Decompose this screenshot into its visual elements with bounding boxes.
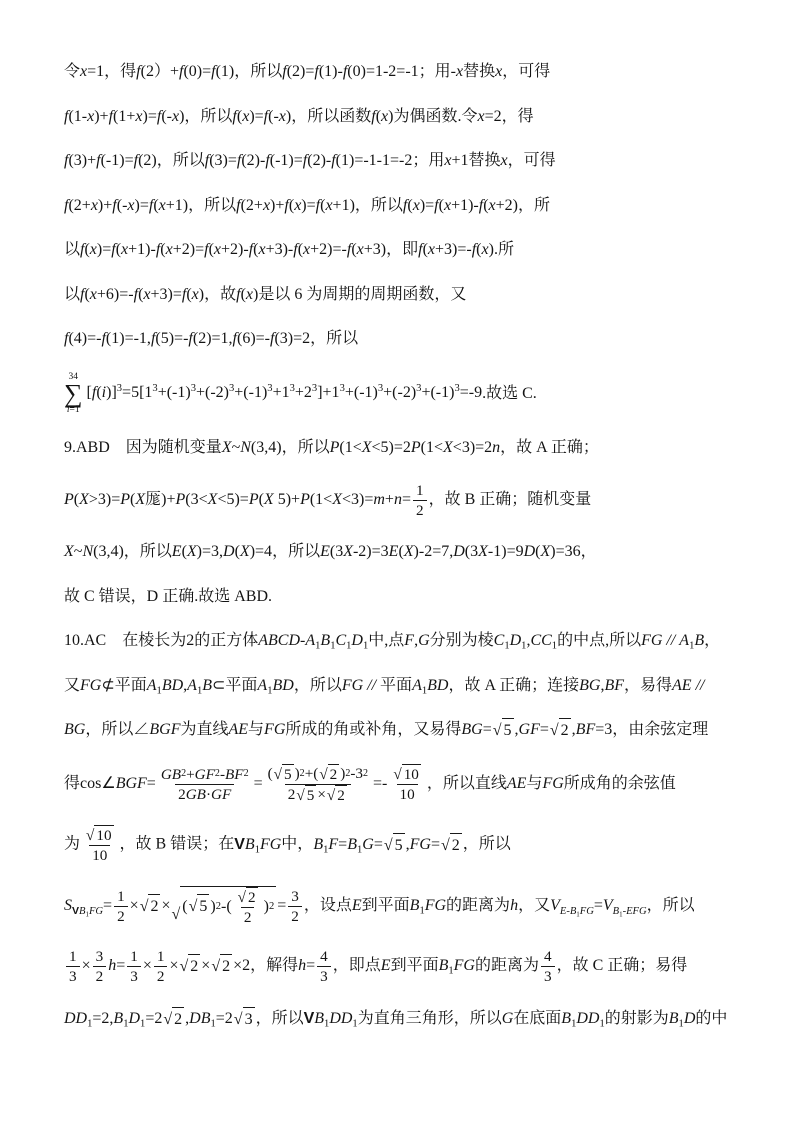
math-op: 2 <box>150 895 158 919</box>
plain-text: 为直线 <box>180 721 228 738</box>
math-expression: f(x)=f(x+1)-f(x+2) <box>403 197 518 214</box>
math-op: 2 <box>222 955 230 979</box>
math-op: ~ <box>232 439 241 456</box>
radical-sign-icon: √ <box>393 764 401 784</box>
math-op: (-1)= <box>101 152 134 169</box>
math-op: )+ <box>94 108 108 125</box>
math-var: B <box>245 836 255 853</box>
plain-text: 到平面 <box>391 957 439 974</box>
math-op: +1) <box>333 197 355 214</box>
math-expression: -x <box>451 63 463 80</box>
math-var: x <box>413 197 420 214</box>
math-var: // <box>696 677 705 694</box>
math-var: GF <box>211 785 231 804</box>
plain-text: 为偶函数.令 <box>393 108 477 125</box>
math-op: = <box>338 836 347 853</box>
math-var: E <box>320 543 330 560</box>
math-op: 5 <box>307 786 315 805</box>
math-op: (1)=-1-1=-2 <box>336 152 413 169</box>
fraction: √1010 <box>389 764 425 804</box>
math-op: 3 <box>69 967 77 986</box>
math-op: <5)= <box>217 491 248 508</box>
math-expression: f(x+3)=-f(x) <box>418 241 494 258</box>
math-op: 5 <box>199 895 207 919</box>
math-op: ⊂ <box>212 677 225 694</box>
fraction-numerator: √10 <box>389 764 425 784</box>
plain-text: ，故 A 正确； <box>500 439 599 456</box>
plain-text: ，解得 <box>250 957 298 974</box>
radical: √2 <box>180 954 201 979</box>
plain-text: ，所以 <box>85 721 133 738</box>
math-var: BD <box>162 677 183 694</box>
math-expression: ABCD-A1B1C1D1 <box>258 632 368 649</box>
math-var: P <box>249 491 259 508</box>
math-op: 4 <box>544 947 552 966</box>
math-op: + <box>385 491 394 508</box>
plain-text: ，所以 <box>124 543 172 560</box>
radicand: 2 <box>188 954 200 979</box>
text-line: 以f(x)=f(x+1)-f(x+2)=f(x+2)-f(x+3)-f(x+2)… <box>64 238 746 262</box>
math-op: -1)=9 <box>488 543 524 560</box>
fraction-numerator: (√5)2+(√2)2-32 <box>265 764 371 784</box>
math-expression: 43 <box>539 957 557 974</box>
math-op: +3)- <box>266 241 294 258</box>
subscript: VB1FG <box>72 906 103 917</box>
text-line: 13×32h=13×12×√2×√2×2，解得h=43，即点E到平面B1FG的距… <box>64 947 746 986</box>
plain-text: 是以 6 为周期的周期函数，又 <box>258 286 466 303</box>
radicand: 2 <box>148 894 160 919</box>
fraction-numerator: 1 <box>413 481 427 500</box>
radical: √2 <box>238 887 258 907</box>
math-var: FG <box>580 906 594 917</box>
math-var: B <box>347 836 357 853</box>
math-op: -2)=3 <box>353 543 389 560</box>
math-var: B <box>313 836 323 853</box>
math-var: DB <box>189 1010 210 1027</box>
fraction-denominator: 3 <box>127 966 141 986</box>
plain-text: ，所以 <box>355 197 403 214</box>
math-expression: B1F=B1G=√5,FG=√2 <box>313 836 462 853</box>
radical-sign-icon: √ <box>211 954 220 979</box>
math-var: FG <box>264 721 285 738</box>
triangle-glyph: V <box>72 905 79 917</box>
math-op: (2)- <box>307 152 331 169</box>
math-var: G <box>502 1010 514 1027</box>
triangle-glyph: V <box>304 1010 315 1027</box>
text-line: DD1=2,B1D1=2√2,DB1=2√3，所以VB1DD1为直角三角形，所以… <box>64 1007 746 1032</box>
math-op: )] <box>106 384 117 401</box>
math-var: A <box>679 632 689 649</box>
math-expression: x=2 <box>477 108 501 125</box>
math-expression: E(X)=3,D(X)=4 <box>172 543 272 560</box>
plain-text: ，故 <box>204 286 236 303</box>
math-op: (1< <box>421 439 443 456</box>
math-op: 3 <box>96 947 104 966</box>
math-op: = <box>540 721 549 738</box>
math-op: 2 <box>244 768 249 779</box>
plain-text: ，所以 <box>188 197 236 214</box>
radical-sign-icon: √ <box>163 1007 172 1032</box>
math-expression: cos∠BGF=GB2+GF2-BF22GB·GF=(√5)2+(√2)2-32… <box>80 775 427 792</box>
fraction: √22 <box>234 887 262 927</box>
math-expression: VE-B1FG=VB1-EFG <box>550 897 647 914</box>
math-op: (3< <box>185 491 207 508</box>
math-var: B <box>320 632 330 649</box>
math-op: (- <box>268 108 279 125</box>
plain-text: 中,点 <box>368 632 404 649</box>
plain-text: ，所 <box>518 197 550 214</box>
math-var: x <box>501 152 508 169</box>
radicand: 2 <box>328 764 340 784</box>
math-op: (6)=- <box>237 330 270 347</box>
math-expression: BG,BF <box>579 677 624 694</box>
radical-sign-icon: √ <box>189 894 198 919</box>
math-op: 4 <box>320 947 328 966</box>
math-op: × <box>201 957 210 974</box>
radical-sign-icon: √ <box>274 764 282 784</box>
math-op: (-1)= <box>270 152 303 169</box>
math-op: =2 <box>485 108 502 125</box>
math-var: x <box>214 241 221 258</box>
fraction: 13 <box>127 947 141 986</box>
math-var: P <box>176 491 186 508</box>
math-var: X <box>64 543 74 560</box>
subscript: E-B1FG <box>560 906 594 917</box>
math-expression: X~N(3,4) <box>64 543 124 560</box>
radical-sign-icon: √ <box>172 886 181 927</box>
radical: √5 <box>384 833 405 858</box>
radical-sign-icon: √ <box>86 825 94 845</box>
text-line: 得cos∠BGF=GB2+GF2-BF22GB·GF=(√5)2+(√2)2-3… <box>64 764 746 805</box>
math-var: P <box>64 491 74 508</box>
math-op: ∠ <box>133 721 149 738</box>
math-op: )= <box>420 197 434 214</box>
math-op: (1- <box>68 108 87 125</box>
math-expression: f(x)=f(-x) <box>232 108 291 125</box>
math-op: +3)= <box>151 286 182 303</box>
math-op: (- <box>161 108 172 125</box>
math-op: + <box>186 765 195 784</box>
text-line: 以f(x+6)=-f(x+3)=f(x)，故f(x)是以 6 为周期的周期函数，… <box>64 283 746 307</box>
math-var: X <box>540 543 550 560</box>
math-var: FG <box>542 775 563 792</box>
math-op: =1 <box>70 405 80 415</box>
fraction-denominator: 2 <box>114 906 128 926</box>
math-op: (3 <box>465 543 478 560</box>
math-var: B <box>561 1010 571 1027</box>
math-expression: f(4)=-f(1)=-1,f(5)=-f(2)=1,f(6)=-f(3)=2 <box>64 330 310 347</box>
math-op: 5)+ <box>274 491 300 508</box>
math-expression: BG=√5,GF=√2,BF=3 <box>461 721 612 738</box>
math-op: 10 <box>400 785 415 804</box>
math-var: x <box>263 197 270 214</box>
math-var: x <box>127 197 134 214</box>
math-op: 2 <box>330 765 338 784</box>
plain-text: 的距离为 <box>475 957 539 974</box>
math-op: +6)=- <box>97 286 134 303</box>
math-op: 2 <box>178 785 186 804</box>
math-op: =-9 <box>460 384 482 401</box>
math-var: // <box>666 632 675 649</box>
math-var: B <box>410 897 420 914</box>
math-op: 1 <box>69 947 77 966</box>
plain-text: 与 <box>248 721 264 738</box>
fraction-numerator: GB2+GF2-BF2 <box>158 765 252 784</box>
math-op: +(-1) <box>158 384 191 401</box>
math-op: +2) <box>496 197 518 214</box>
fraction-denominator: 2GB·GF <box>175 784 234 804</box>
text-line: P(X>3)=P(X厖)+P(3<X<5)=P(X 5)+P(1<X<3)=m+… <box>64 481 746 520</box>
math-var: x <box>444 197 451 214</box>
math-var: BD <box>427 677 448 694</box>
plain-text: ，所以 <box>272 543 320 560</box>
math-var: X <box>478 543 488 560</box>
math-op: +(-2) <box>196 384 229 401</box>
math-op: +(-1) <box>345 384 378 401</box>
math-var: n <box>492 439 500 456</box>
math-op: )+ <box>270 197 284 214</box>
plain-text: 与 <box>526 775 542 792</box>
math-op: (0)= <box>183 63 211 80</box>
math-var: P <box>300 491 310 508</box>
math-expression: f(x+6)=-f(x+3)=f(x) <box>80 286 204 303</box>
fraction: 12 <box>413 481 427 520</box>
radical: √2 <box>211 954 232 979</box>
math-op: )= <box>301 197 315 214</box>
fraction-denominator: 2 <box>154 966 168 986</box>
math-op: =2 <box>145 1010 162 1027</box>
radicand: 5 <box>393 833 405 858</box>
text-line: SVB1FG=12×√2×√(√5)2-(√22)2=32，设点E到平面B1FG… <box>64 886 746 927</box>
math-op: 2 <box>561 719 569 743</box>
math-var: AE <box>228 721 248 738</box>
math-var: G <box>418 632 430 649</box>
text-line: 10.AC 在棱长为2的正方体ABCD-A1B1C1D1中,点F,G分别为棱C1… <box>64 629 746 653</box>
math-var: x <box>246 286 253 303</box>
math-op: 2 <box>288 785 296 804</box>
text-line: 又FG⊄平面A1BD,A1B⊂平面A1BD，所以FG // 平面A1BD，故 A… <box>64 674 746 698</box>
math-expression: B1FG <box>410 897 446 914</box>
radical: √5 <box>493 718 514 743</box>
radical: √2 <box>163 1007 184 1032</box>
math-var: N <box>240 439 251 456</box>
math-op: <3)=2 <box>453 439 492 456</box>
text-line: f(4)=-f(1)=-1,f(5)=-f(2)=1,f(6)=-f(3)=2，… <box>64 327 746 351</box>
plain-text: 以 <box>64 241 80 258</box>
math-op: +1 <box>273 384 290 401</box>
fraction-denominator: 2√5×√2 <box>285 784 351 805</box>
plain-text: 平面 <box>376 677 412 694</box>
math-op: ]+1 <box>317 384 339 401</box>
math-op: (2)= <box>287 63 315 80</box>
math-var: A <box>412 677 422 694</box>
subscript: B1-EFG <box>613 906 647 917</box>
text-line: X~N(3,4)，所以E(X)=3,D(X)=4，所以E(3X-2)=3E(X)… <box>64 540 746 564</box>
math-expression: DD1=2,B1D1=2√2,DB1=2√3 <box>64 1010 256 1027</box>
math-op: ⊄ <box>101 677 114 694</box>
math-var: C <box>494 632 505 649</box>
math-var: F <box>404 632 414 649</box>
plain-text: ，所以 <box>294 677 342 694</box>
math-var: D <box>510 632 522 649</box>
plain-text: 所成角的余弦值 <box>564 775 676 792</box>
math-var: h <box>510 897 518 914</box>
math-expression: FG <box>542 775 563 792</box>
math-op: = <box>116 957 125 974</box>
math-var: B <box>314 1010 324 1027</box>
math-expression: h <box>510 897 518 914</box>
math-var: X <box>404 543 414 560</box>
fraction-numerator: 1 <box>154 947 168 966</box>
math-var: DD <box>576 1010 599 1027</box>
math-op: <3)= <box>342 491 373 508</box>
math-expression: h=43 <box>298 957 333 974</box>
math-var: x <box>135 108 142 125</box>
math-op: (1+ <box>113 108 135 125</box>
plain-text: 平面 <box>115 677 147 694</box>
plain-text: ，故 B 正确；随机变量 <box>429 491 592 508</box>
radicand: 2 <box>246 887 258 907</box>
math-var: x <box>172 108 179 125</box>
math-op: × <box>161 897 170 914</box>
math-op: 2 <box>416 501 424 520</box>
math-op: (1< <box>339 439 361 456</box>
math-op: 2 <box>244 908 252 927</box>
text-line: 令x=1，得f(2）+f(0)=f(1)，所以f(2)=f(1)-f(0)=1-… <box>64 60 746 84</box>
summation: 34∑i=1 <box>64 372 83 416</box>
radicand: 5 <box>197 894 209 919</box>
fraction: (√5)2+(√2)2-322√5×√2 <box>265 764 371 805</box>
math-expression: AE // <box>672 677 704 694</box>
math-expression: x+1 <box>444 152 468 169</box>
math-expression: 13×32h=13×12×√2×√2×2 <box>64 957 250 974</box>
plain-text: ，所以 <box>234 63 282 80</box>
math-expression: x=1 <box>80 63 104 80</box>
math-var: P <box>330 439 340 456</box>
fraction-numerator: 4 <box>317 947 331 966</box>
math-var: x <box>143 286 150 303</box>
math-op: (1) <box>216 63 235 80</box>
math-op: (1)=-1, <box>106 330 151 347</box>
plain-text: ，所以 <box>310 330 358 347</box>
radical: √2 <box>140 894 161 919</box>
math-op: 2 <box>337 786 345 805</box>
math-op: 2 <box>452 834 460 858</box>
radical: √3 <box>234 1007 255 1032</box>
radicand: (√5)2-(√22)2 <box>180 886 276 927</box>
radical: √5 <box>189 894 210 919</box>
math-op: ( <box>268 764 273 783</box>
plain-text: 平面 <box>225 677 257 694</box>
math-op: 5 <box>284 765 292 784</box>
math-op: +(-1) <box>234 384 267 401</box>
math-op: ( <box>182 895 187 919</box>
fraction: 43 <box>317 947 331 986</box>
plain-text: ，所以 <box>157 152 205 169</box>
math-var: x <box>90 286 97 303</box>
math-var: A <box>187 677 197 694</box>
math-op: (2)=1, <box>193 330 233 347</box>
plain-text: 为 <box>64 836 80 853</box>
radicand: 2 <box>450 833 462 858</box>
radical: √10 <box>393 764 421 784</box>
math-op: 1 <box>416 481 424 500</box>
plain-text: ，故 A 正确；连接 <box>448 677 579 694</box>
text-line: 34∑i=1[f(i)]3=5[13+(-1)3+(-2)3+(-1)3+13+… <box>64 372 746 416</box>
math-var: FG <box>260 836 281 853</box>
math-var: B <box>439 957 449 974</box>
math-expression: A1BD <box>257 677 293 694</box>
plain-text: ，所以 <box>256 1010 304 1027</box>
plain-text: 以 <box>64 286 80 303</box>
math-op: )=4 <box>250 543 272 560</box>
math-op: 3 <box>291 887 299 906</box>
radical-sign-icon: √ <box>180 954 189 979</box>
math-var: B <box>694 632 704 649</box>
math-op: = <box>594 897 603 914</box>
math-expression: B1DD1 <box>561 1010 604 1027</box>
radical-sign-icon: √ <box>441 833 450 858</box>
math-var: x <box>325 197 332 214</box>
math-var: n <box>394 491 402 508</box>
radicand: 2 <box>172 1007 184 1032</box>
math-expression: SVB1FG=12×√2×√(√5)2-(√22)2=32 <box>64 897 304 914</box>
plain-text: 在底面 <box>513 1010 561 1027</box>
math-op: +1)- <box>451 197 479 214</box>
math-op: )= <box>249 108 263 125</box>
fraction: 43 <box>541 947 555 986</box>
math-op: (2+ <box>68 197 90 214</box>
math-var: x <box>91 197 98 214</box>
math-op: +3)=- <box>435 241 472 258</box>
math-var: X <box>332 491 342 508</box>
math-op: )-2=7, <box>414 543 454 560</box>
math-expression: B1FG <box>439 957 475 974</box>
math-var: FG <box>89 906 103 917</box>
text-line: 为√1010，故 B 错误；在VB1FG中，B1F=B1G=√5,FG=√2，所… <box>64 825 746 865</box>
math-op: +3) <box>364 241 386 258</box>
math-op: +1)- <box>128 241 156 258</box>
math-expression: X~N(3,4) <box>222 439 282 456</box>
math-var: N <box>82 543 93 560</box>
math-op: 5 <box>504 719 512 743</box>
plain-text: 中， <box>281 836 313 853</box>
math-op: (1)- <box>319 63 343 80</box>
math-op: 2 <box>117 907 125 926</box>
math-op: +2)= <box>173 241 204 258</box>
math-var: x <box>489 197 496 214</box>
math-op: 2 <box>248 888 256 907</box>
radical: √5 <box>274 764 294 784</box>
plain-text: 的距离为 <box>446 897 510 914</box>
math-op: = <box>147 775 156 792</box>
radical: √2 <box>550 718 571 743</box>
plain-text: ，所以直线 <box>427 775 507 792</box>
math-expression: E <box>352 897 362 914</box>
fraction-denominator: 3 <box>66 966 80 986</box>
math-op: (3 <box>330 543 343 560</box>
math-var: X <box>443 439 453 456</box>
math-op: )=3, <box>197 543 223 560</box>
triangle-glyph: V <box>234 836 245 853</box>
math-var: X <box>362 439 372 456</box>
math-var: F <box>328 836 338 853</box>
math-var: BG <box>461 721 482 738</box>
math-op: <5)=2 <box>372 439 411 456</box>
plain-text: 9.ABD 因为随机变量 <box>64 439 222 456</box>
fraction: GB2+GF2-BF22GB·GF <box>158 765 252 804</box>
math-var: B <box>669 1010 679 1027</box>
